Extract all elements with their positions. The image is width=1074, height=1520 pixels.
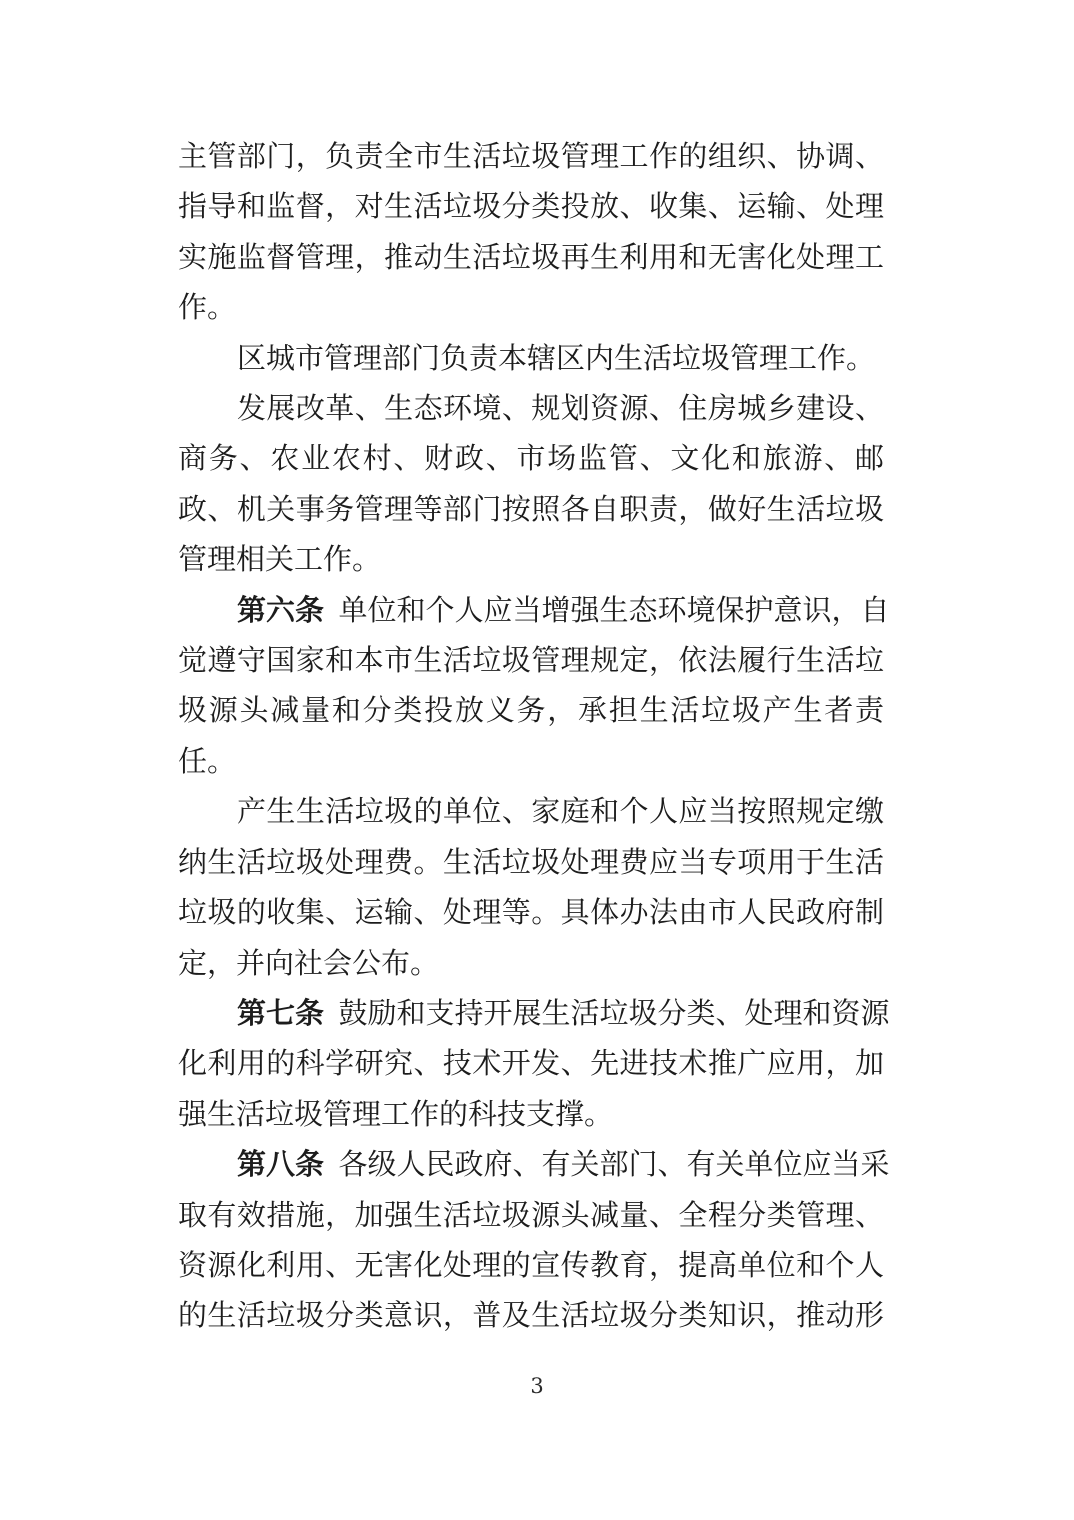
text-line: 管理相关工作。 — [178, 534, 884, 584]
text-line: 强生活垃圾管理工作的科技支撑。 — [178, 1089, 884, 1139]
article-number-6: 第六条 — [237, 593, 324, 627]
text-line: 化利用的科学研究、技术开发、先进技术推广应用，加 — [178, 1038, 884, 1088]
text-line: 政、机关事务管理等部门按照各自职责，做好生活垃圾 — [178, 484, 884, 534]
text-line: 垃圾的收集、运输、处理等。具体办法由市人民政府制 — [178, 887, 884, 937]
text-line: 觉遵守国家和本市生活垃圾管理规定，依法履行生活垃 — [178, 635, 884, 685]
text-line: 主管部门，负责全市生活垃圾管理工作的组织、协调、 — [178, 131, 884, 181]
line-text: 鼓励和支持开展生活垃圾分类、处理和资源 — [339, 996, 890, 1030]
text-line: 指导和监督，对生活垃圾分类投放、收集、运输、处理 — [178, 181, 884, 231]
text-line: 第八条各级人民政府、有关部门、有关单位应当采 — [178, 1139, 884, 1189]
article-number-8: 第八条 — [237, 1147, 324, 1181]
article-number-7: 第七条 — [237, 996, 324, 1030]
document-page: 主管部门，负责全市生活垃圾管理工作的组织、协调、 指导和监督，对生活垃圾分类投放… — [0, 0, 1074, 1520]
text-line: 发展改革、生态环境、规划资源、住房城乡建设、 — [178, 383, 884, 433]
line-text: 单位和个人应当增强生态环境保护意识，自 — [339, 593, 890, 627]
line-text: 各级人民政府、有关部门、有关单位应当采 — [339, 1147, 890, 1181]
text-line: 产生生活垃圾的单位、家庭和个人应当按照规定缴 — [178, 786, 884, 836]
text-line: 定，并向社会公布。 — [178, 938, 884, 988]
text-line: 的生活垃圾分类意识，普及生活垃圾分类知识，推动形 — [178, 1290, 884, 1340]
text-line: 商务、农业农村、财政、市场监管、文化和旅游、邮 — [178, 433, 884, 483]
text-line: 圾源头减量和分类投放义务，承担生活垃圾产生者责 — [178, 685, 884, 735]
text-line: 区城市管理部门负责本辖区内生活垃圾管理工作。 — [178, 333, 884, 383]
text-line: 作。 — [178, 282, 884, 332]
text-line: 第六条单位和个人应当增强生态环境保护意识，自 — [178, 585, 884, 635]
text-line: 资源化利用、无害化处理的宣传教育，提高单位和个人 — [178, 1240, 884, 1290]
text-line: 取有效措施，加强生活垃圾源头减量、全程分类管理、 — [178, 1190, 884, 1240]
document-text-block: 主管部门，负责全市生活垃圾管理工作的组织、协调、 指导和监督，对生活垃圾分类投放… — [178, 131, 884, 1341]
text-line: 第七条鼓励和支持开展生活垃圾分类、处理和资源 — [178, 988, 884, 1038]
text-line: 实施监督管理，推动生活垃圾再生利用和无害化处理工 — [178, 232, 884, 282]
text-line: 纳生活垃圾处理费。生活垃圾处理费应当专项用于生活 — [178, 837, 884, 887]
page-number: 3 — [0, 1372, 1074, 1400]
text-line: 任。 — [178, 736, 884, 786]
